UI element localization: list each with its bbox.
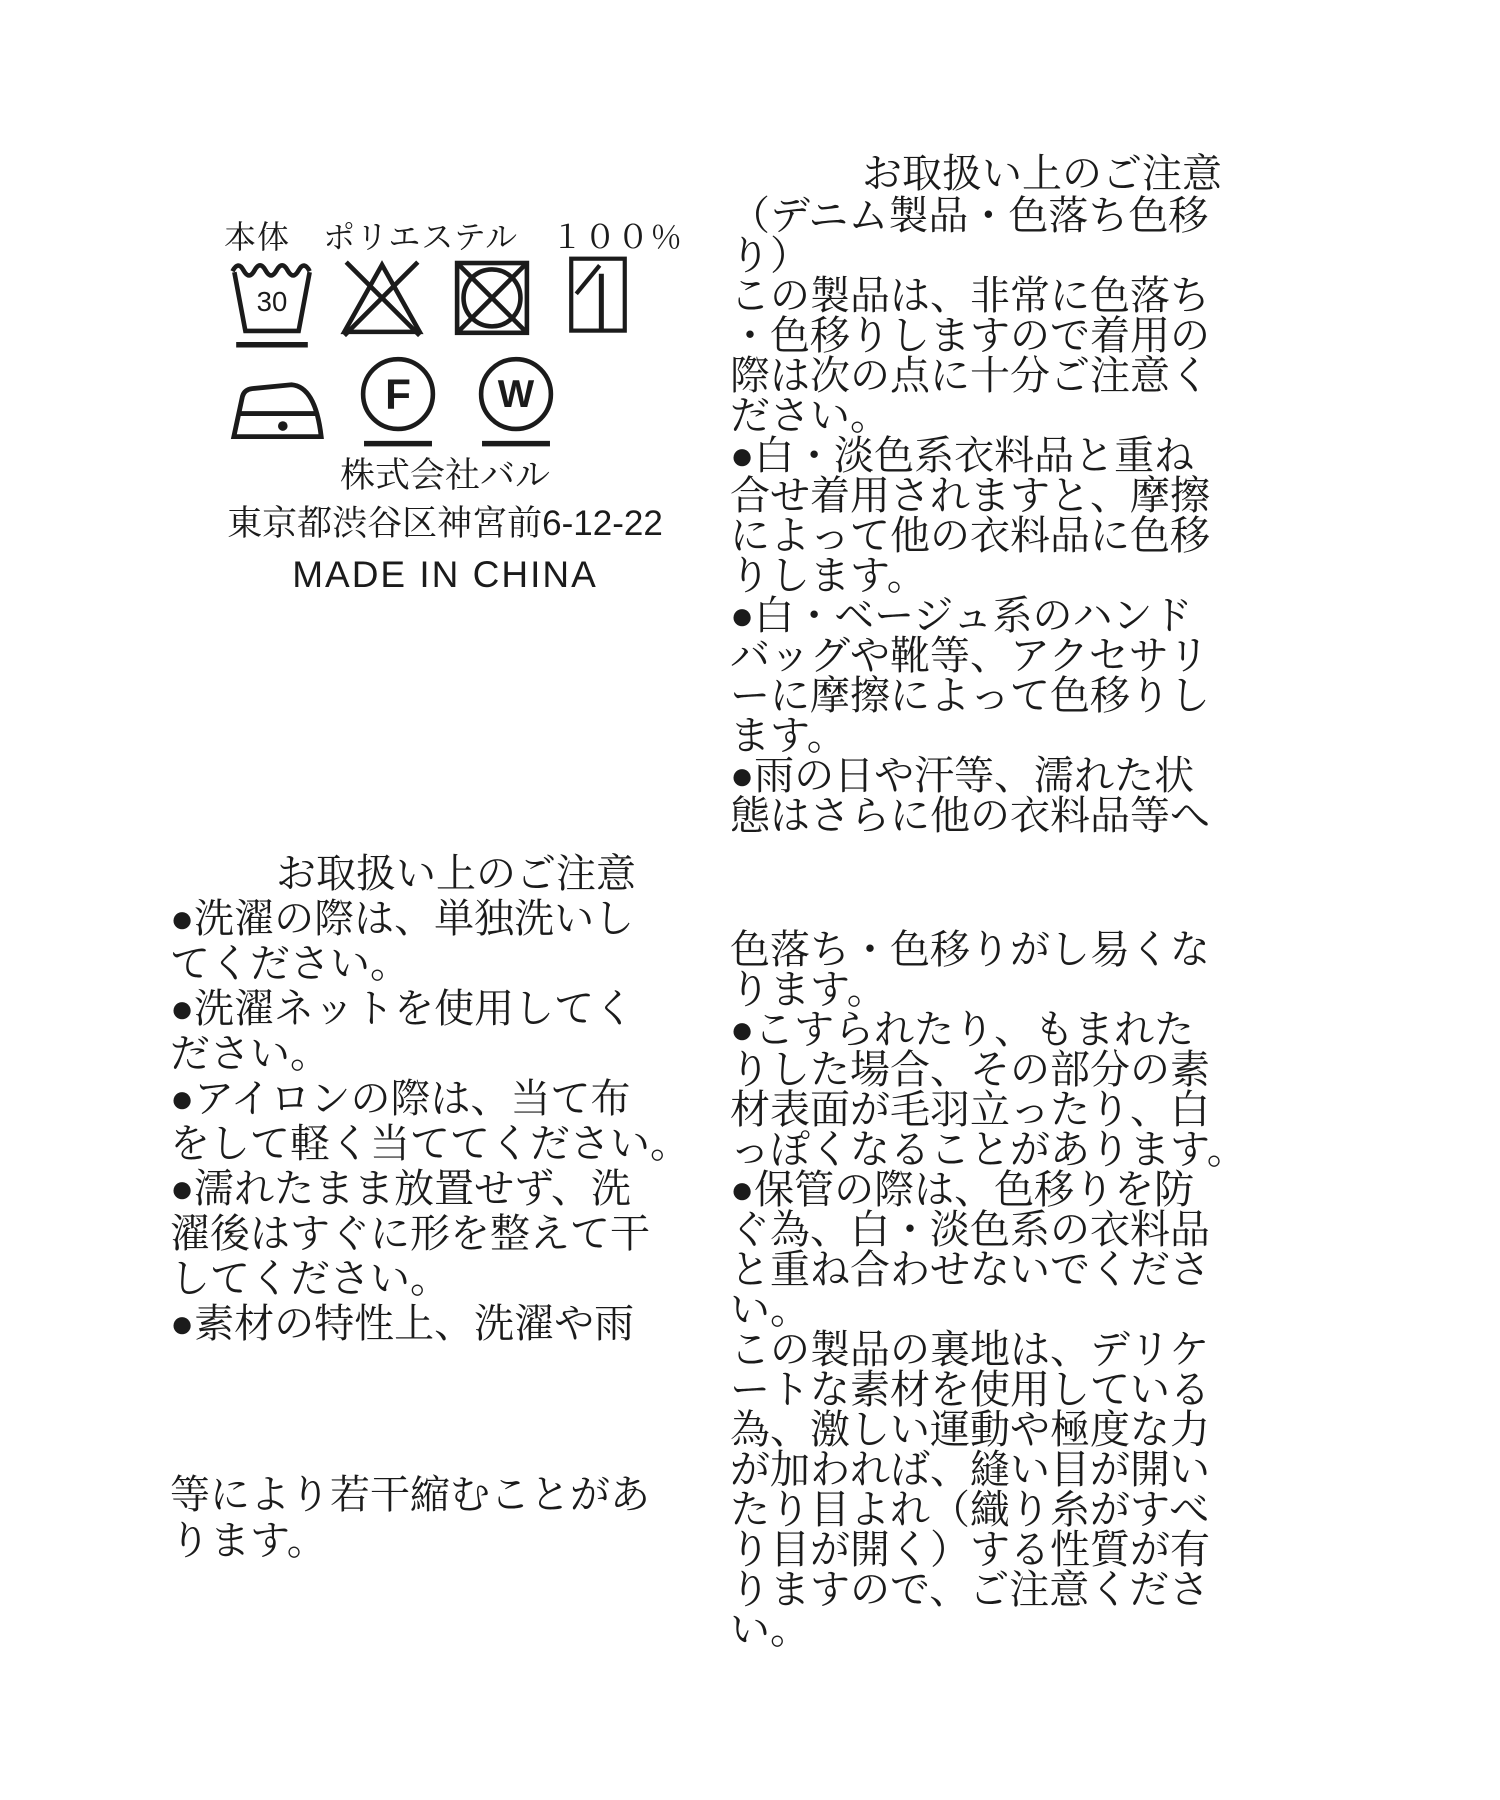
care-instructions-title: お取扱い上のご注意 — [170, 852, 730, 897]
country-of-origin: MADE IN CHINA — [195, 549, 695, 601]
text-line: をして軽く当ててください。 — [170, 1122, 730, 1167]
text-line: ●保管の際は、色移りを防 — [730, 1170, 1310, 1210]
text-line: ●こすられたり、もまれた — [730, 1010, 1310, 1050]
text-line: ださい。 — [730, 396, 1310, 436]
text-line: い。 — [730, 1290, 1310, 1330]
text-line: 等により若干縮むことがあ — [170, 1472, 730, 1518]
text-line: 態はさらに他の衣料品等へ — [730, 796, 1310, 836]
text-line: い。 — [730, 1610, 1310, 1650]
manufacturer-name: 株式会社バル — [195, 452, 695, 499]
text-line: ●素材の特性上、洗濯や雨 — [170, 1302, 730, 1347]
text-line: （デニム製品・色落ち色移 — [730, 196, 1310, 236]
text-line: ります。 — [730, 970, 1310, 1010]
text-line: っぽくなることがあります。 — [730, 1130, 1310, 1170]
text-line: が加われば、縫い目が開い — [730, 1450, 1310, 1490]
text-line: ●白・ベージュ系のハンド — [730, 596, 1310, 636]
manufacturer-address: 東京都渋谷区神宮前6-12-22 — [195, 499, 695, 549]
text-line: ●洗濯の際は、単独洗いし — [170, 897, 730, 942]
text-line: ださい。 — [170, 1032, 730, 1077]
care-symbols-row-1: 30 — [226, 252, 640, 358]
text-line: この製品の裏地は、デリケ — [730, 1330, 1310, 1370]
shade-hang-dry-icon — [556, 252, 640, 349]
text-line: この製品は、非常に色落ち — [730, 276, 1310, 316]
text-line: ぐ為、白・淡色系の衣料品 — [730, 1210, 1310, 1250]
text-line: りします。 — [730, 556, 1310, 596]
no-bleach-icon — [336, 252, 428, 358]
svg-text:W: W — [498, 373, 535, 416]
text-line: たり目よれ（織り糸がすべ — [730, 1490, 1310, 1530]
text-line: り） — [730, 236, 1310, 276]
text-line: 色落ち・色移りがし易くな — [730, 930, 1310, 970]
text-line: 合せ着用されますと、摩擦 — [730, 476, 1310, 516]
text-line: ●アイロンの際は、当て布 — [170, 1077, 730, 1122]
text-line: ●洗濯ネットを使用してく — [170, 987, 730, 1032]
manufacturer-block: 株式会社バル 東京都渋谷区神宮前6-12-22 MADE IN CHINA — [195, 452, 695, 601]
care-label-scan: 本体 ポリエステル １００％ 30 FW 株式会社バル 東京都渋谷区神宮前6-1… — [0, 0, 1500, 1800]
text-line: りした場合、その部分の素 — [730, 1050, 1310, 1090]
text-line: り目が開く）する性質が有 — [730, 1530, 1310, 1570]
text-line: と重ね合わせないでくださ — [730, 1250, 1310, 1290]
text-line: 濯後はすぐに形を整えて干 — [170, 1212, 730, 1257]
text-line: 際は次の点に十分ご注意く — [730, 356, 1310, 396]
text-line: ●白・淡色系衣料品と重ね — [730, 436, 1310, 476]
care-instructions-lines: ●洗濯の際は、単独洗いしてください。●洗濯ネットを使用してください。●アイロンの… — [170, 897, 730, 1347]
text-line: ・色移りしますので着用の — [730, 316, 1310, 356]
text-line: 材表面が毛羽立ったり、白 — [730, 1090, 1310, 1130]
dry-clean-F-gentle-icon: F — [352, 350, 444, 456]
text-line: りますので、ご注意くださ — [730, 1570, 1310, 1610]
text-line: ●雨の日や汗等、濡れた状 — [730, 756, 1310, 796]
svg-text:30: 30 — [257, 286, 288, 317]
text-line: バッグや靴等、アクセサリ — [730, 636, 1310, 676]
care-instructions-section: お取扱い上のご注意 ●洗濯の際は、単独洗いしてください。●洗濯ネットを使用してく… — [170, 852, 730, 1347]
text-line: ーに摩擦によって色移りし — [730, 676, 1310, 716]
text-line: てください。 — [170, 942, 730, 987]
text-line: ります。 — [170, 1518, 730, 1564]
shrinkage-note-lines: 等により若干縮むことがあります。 — [170, 1472, 730, 1564]
denim-notice-lines-part1: （デニム製品・色落ち色移り）この製品は、非常に色落ち・色移りしますので着用の際は… — [730, 196, 1310, 836]
text-line: ートな素材を使用している — [730, 1370, 1310, 1410]
wet-clean-W-gentle-icon: W — [470, 350, 562, 456]
text-line: 為、激しい運動や極度な力 — [730, 1410, 1310, 1450]
text-line: ●濡れたまま放置せず、洗 — [170, 1167, 730, 1212]
care-symbols-row-2: FW — [230, 350, 562, 461]
denim-notice-section: お取扱い上のご注意 （デニム製品・色落ち色移り）この製品は、非常に色落ち・色移り… — [730, 152, 1310, 836]
text-line: ます。 — [730, 716, 1310, 756]
svg-text:F: F — [385, 371, 411, 418]
no-tumble-dry-icon — [446, 252, 538, 358]
text-line: してください。 — [170, 1257, 730, 1302]
wash-30-gentle-icon: 30 — [226, 252, 318, 358]
text-line: によって他の衣料品に色移 — [730, 516, 1310, 556]
iron-low-icon — [230, 350, 326, 461]
denim-notice-title: お取扱い上のご注意 — [730, 152, 1310, 196]
denim-notice-lines-part2: 色落ち・色移りがし易くなります。●こすられたり、もまれたりした場合、その部分の素… — [730, 930, 1310, 1650]
